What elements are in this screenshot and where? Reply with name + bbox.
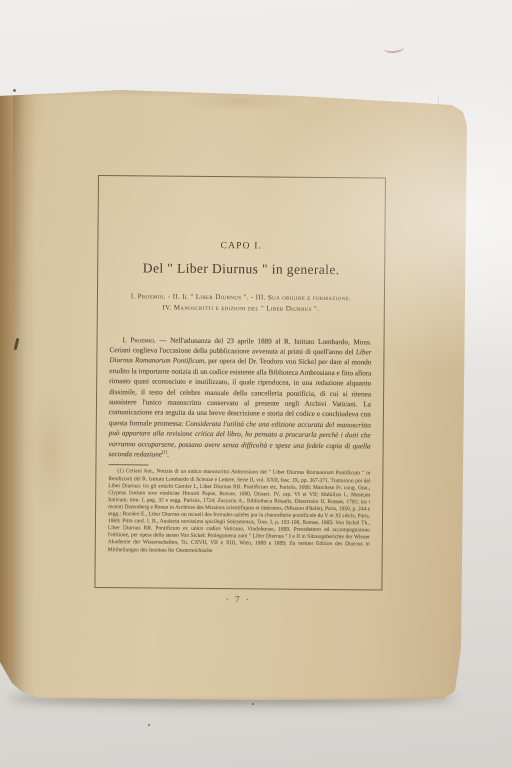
footnote-text: (1) Ceriani Ant., Notizia di un antico m…	[108, 469, 371, 556]
paper-stain	[180, 90, 300, 112]
page-number: · 7 ·	[94, 593, 382, 606]
book-spine-edge	[0, 88, 13, 706]
printed-page-content: CAPO I. Del " Liber Diurnus " in general…	[94, 175, 386, 622]
red-pencil-mark-icon	[384, 42, 405, 54]
section-summary: I. Proemio. - II. Il " Liber Diurnus ". …	[98, 291, 384, 315]
paper-stain	[28, 388, 72, 518]
footnote-rule	[108, 465, 148, 466]
body-text: , per opera del Dr. Teodoro von Sickel p…	[109, 357, 372, 427]
page-border-frame: CAPO I. Del " Liber Diurnus " in general…	[94, 175, 386, 590]
photo-backdrop: CAPO I. Del " Liber Diurnus " in general…	[0, 0, 512, 768]
body-paragraph: I. Proemio. — Nell'adunanza del 23 april…	[109, 335, 372, 462]
chapter-label: CAPO I.	[98, 240, 384, 253]
paragraph-lead: I. Proemio.	[123, 336, 156, 344]
body-text-end: .	[167, 451, 169, 459]
book-page: CAPO I. Del " Liber Diurnus " in general…	[0, 88, 470, 706]
chapter-title: Del " Liber Diurnus " in generale.	[98, 259, 384, 278]
dust-speck	[13, 89, 16, 92]
dust-speck	[148, 724, 150, 726]
